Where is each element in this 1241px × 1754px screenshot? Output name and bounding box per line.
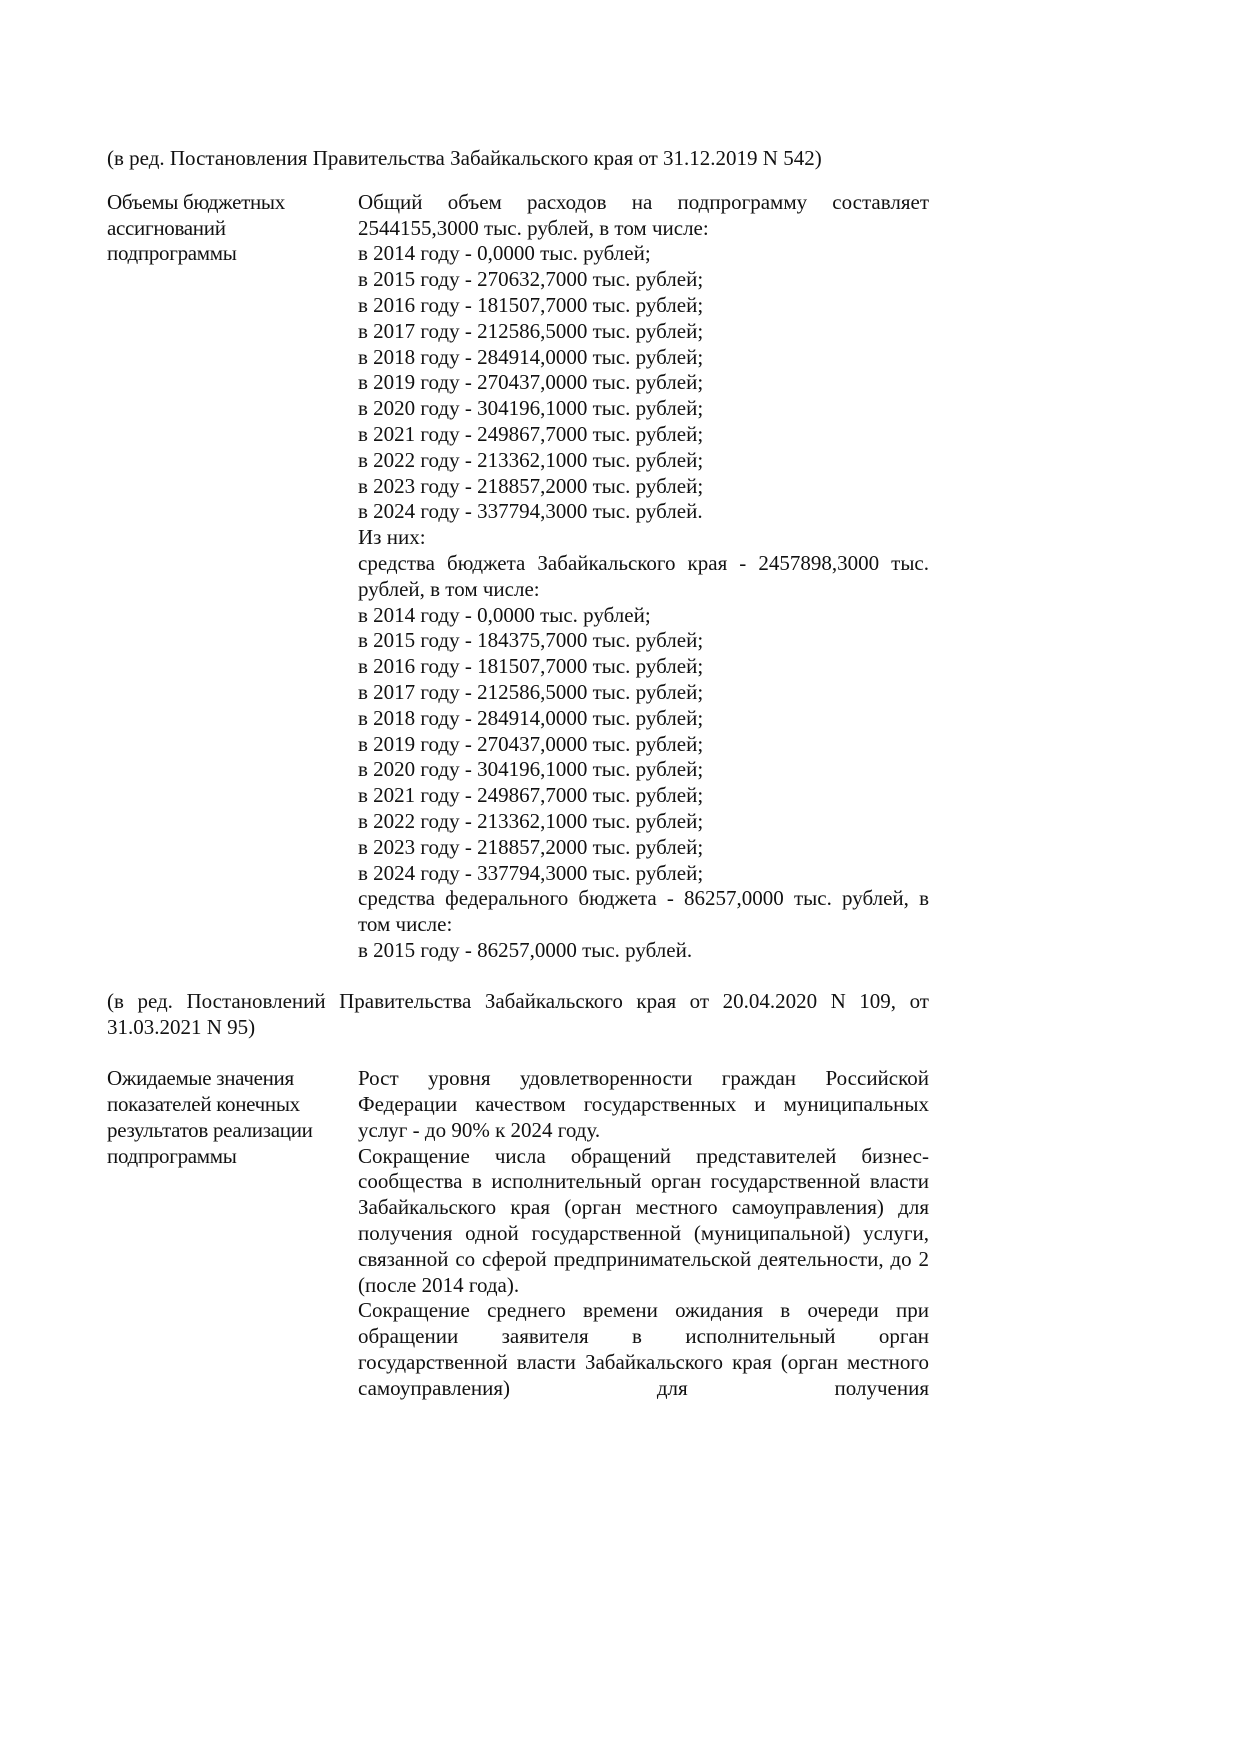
year-amount-line: в 2015 году - 86257,0000 тыс. рублей. xyxy=(358,938,929,964)
amendment-note-middle: (в ред. Постановлений Правительства Заба… xyxy=(107,989,929,1041)
of-them-label: Из них: xyxy=(358,525,929,551)
budget-allocations-label: Объемы бюджетных ассигнований подпрограм… xyxy=(107,190,358,267)
year-amount-line: в 2022 году - 213362,1000 тыс. рублей; xyxy=(358,448,929,474)
year-amount-line: в 2015 году - 270632,7000 тыс. рублей; xyxy=(358,267,929,293)
amendment-note-top: (в ред. Постановления Правительства Заба… xyxy=(107,146,929,172)
year-amount-line: в 2014 году - 0,0000 тыс. рублей; xyxy=(358,603,929,629)
year-amount-line: в 2020 году - 304196,1000 тыс. рублей; xyxy=(358,757,929,783)
budget-allocations-content: Общий объем расходов на подпрограмму сос… xyxy=(358,190,929,964)
year-amount-line: в 2024 году - 337794,3000 тыс. рублей; xyxy=(358,861,929,887)
expected-results-label: Ожидаемые значения показателей конечных … xyxy=(107,1066,358,1169)
label-line: результатов реализации xyxy=(107,1118,358,1144)
year-amount-line: в 2016 году - 181507,7000 тыс. рублей; xyxy=(358,654,929,680)
year-amount-line: в 2021 году - 249867,7000 тыс. рублей; xyxy=(358,783,929,809)
year-amount-line: в 2018 году - 284914,0000 тыс. рублей; xyxy=(358,706,929,732)
result-paragraph: Рост уровня удовлетворенности граждан Ро… xyxy=(358,1066,929,1143)
regional-budget-intro: средства бюджета Забайкальского края - 2… xyxy=(358,551,929,603)
year-amount-line: в 2019 году - 270437,0000 тыс. рублей; xyxy=(358,732,929,758)
label-line: показателей конечных xyxy=(107,1092,358,1118)
label-line: Ожидаемые значения xyxy=(107,1066,358,1092)
expected-results-row: Ожидаемые значения показателей конечных … xyxy=(107,1066,929,1401)
year-amount-line: в 2023 году - 218857,2000 тыс. рублей; xyxy=(358,835,929,861)
label-line: подпрограммы xyxy=(107,1144,358,1170)
label-line: подпрограммы xyxy=(107,241,358,267)
year-amount-line: в 2019 году - 270437,0000 тыс. рублей; xyxy=(358,370,929,396)
expected-results-content: Рост уровня удовлетворенности граждан Ро… xyxy=(358,1066,929,1401)
year-amount-line: в 2016 году - 181507,7000 тыс. рублей; xyxy=(358,293,929,319)
year-amount-line: в 2020 году - 304196,1000 тыс. рублей; xyxy=(358,396,929,422)
year-amount-line: в 2024 году - 337794,3000 тыс. рублей. xyxy=(358,499,929,525)
total-by-year-list: в 2014 году - 0,0000 тыс. рублей;в 2015 … xyxy=(358,241,929,525)
label-line: Объемы бюджетных xyxy=(107,190,358,216)
result-paragraph: Сокращение среднего времени ожидания в о… xyxy=(358,1298,929,1401)
year-amount-line: в 2022 году - 213362,1000 тыс. рублей; xyxy=(358,809,929,835)
year-amount-line: в 2018 году - 284914,0000 тыс. рублей; xyxy=(358,345,929,371)
federal-budget-intro: средства федерального бюджета - 86257,00… xyxy=(358,886,929,938)
year-amount-line: в 2023 году - 218857,2000 тыс. рублей; xyxy=(358,474,929,500)
total-budget-intro: Общий объем расходов на подпрограмму сос… xyxy=(358,190,929,242)
label-line: ассигнований xyxy=(107,216,358,242)
year-amount-line: в 2021 году - 249867,7000 тыс. рублей; xyxy=(358,422,929,448)
result-paragraph: Сокращение числа обращений представителе… xyxy=(358,1144,929,1299)
budget-allocations-row: Объемы бюджетных ассигнований подпрограм… xyxy=(107,190,929,964)
year-amount-line: в 2017 году - 212586,5000 тыс. рублей; xyxy=(358,319,929,345)
year-amount-line: в 2014 году - 0,0000 тыс. рублей; xyxy=(358,241,929,267)
federal-by-year-list: в 2015 году - 86257,0000 тыс. рублей. xyxy=(358,938,929,964)
regional-by-year-list: в 2014 году - 0,0000 тыс. рублей;в 2015 … xyxy=(358,603,929,887)
year-amount-line: в 2017 году - 212586,5000 тыс. рублей; xyxy=(358,680,929,706)
document-page: (в ред. Постановления Правительства Заба… xyxy=(107,146,929,1402)
amendment-note-middle-text: (в ред. Постановлений Правительства Заба… xyxy=(107,989,929,1041)
year-amount-line: в 2015 году - 184375,7000 тыс. рублей; xyxy=(358,628,929,654)
